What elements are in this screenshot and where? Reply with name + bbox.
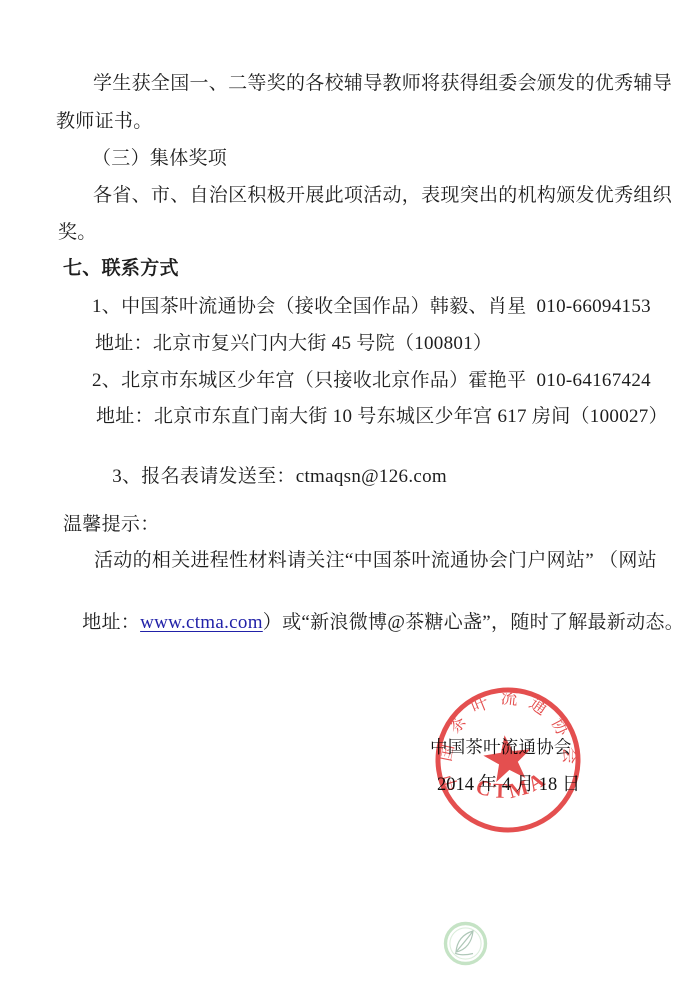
contact-item1-address: 地址：北京市复兴门内大街 45 号院（100801） bbox=[95, 332, 492, 356]
watermark-outer-ring bbox=[446, 924, 486, 964]
section-label-collective-awards: （三）集体奖项 bbox=[92, 147, 227, 171]
heading-contact: 七、联系方式 bbox=[63, 257, 179, 281]
heading-tips: 温馨提示： bbox=[63, 513, 160, 537]
ctma-website-link[interactable]: www.ctma.com bbox=[140, 612, 263, 633]
tips-line1: 活动的相关进程性材料请关注“中国茶叶流通协会门户网站” （网站 bbox=[94, 549, 657, 573]
contact-item2-address: 地址：北京市东直门南大街 10 号东城区少年宫 617 房间（100027） bbox=[96, 405, 668, 429]
tips-line2-prefix: 地址： bbox=[82, 612, 140, 633]
document-page: 学生获全国一、二等奖的各校辅导教师将获得组委会颁发的优秀辅导 教师证书。 （三）… bbox=[0, 0, 699, 988]
para-org-award-line1: 各省、市、自治区积极开展此项活动，表现突出的机构颁发优秀组织 bbox=[93, 184, 672, 208]
para-teacher-award-line2: 教师证书。 bbox=[56, 110, 153, 134]
contact-email: ctmaqsn@126.com bbox=[296, 466, 447, 487]
official-seal-stamp: 中国茶叶流通协会 CTMA bbox=[422, 674, 594, 846]
contact-item2: 2、北京市东城区少年宫（只接收北京作品）霍艳平 010-64167424 bbox=[92, 369, 651, 393]
contact-item1: 1、中国茶叶流通协会（接收全国作品）韩毅、肖星 010-66094153 bbox=[92, 295, 651, 319]
para-teacher-award-line1: 学生获全国一、二等奖的各校辅导教师将获得组委会颁发的优秀辅导 bbox=[93, 72, 672, 96]
stamp-ctma-text: CTMA bbox=[470, 765, 553, 809]
tips-line2: 地址：www.ctma.com）或“新浪微博@茶糖心盏”，随时了解最新动态。 bbox=[62, 587, 684, 659]
contact-item3-label: 3、报名表请发送至： bbox=[112, 466, 296, 487]
leaf-icon bbox=[455, 931, 473, 955]
contact-item3: 3、报名表请发送至：ctmaqsn@126.com bbox=[92, 441, 447, 513]
leaf-watermark bbox=[442, 920, 489, 967]
tips-line2-suffix: ）或“新浪微博@茶糖心盏”，随时了解最新动态。 bbox=[263, 612, 684, 633]
para-org-award-line2: 奖。 bbox=[58, 221, 97, 245]
